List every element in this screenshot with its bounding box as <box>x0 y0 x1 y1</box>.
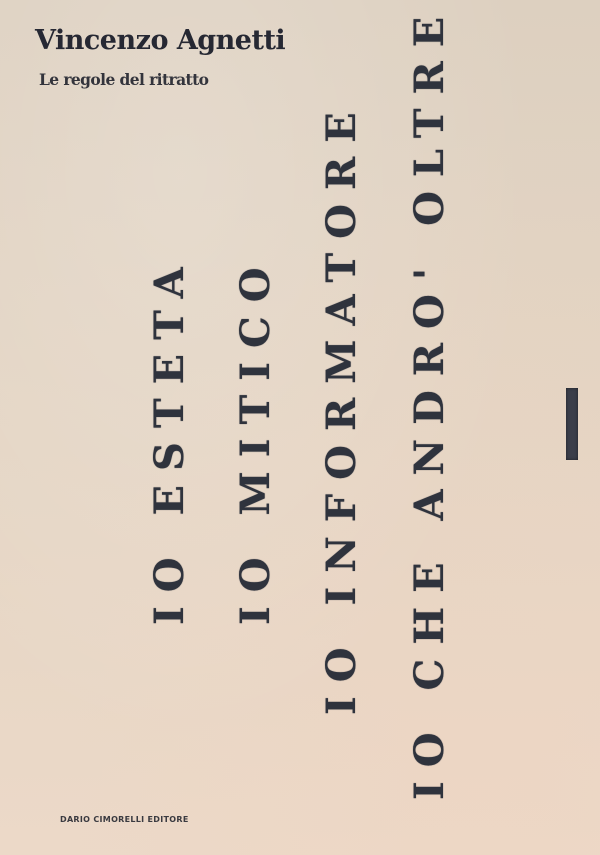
book-subtitle: Le regole del ritratto <box>39 70 208 89</box>
author-name: Vincenzo Agnetti <box>35 25 285 56</box>
stencil-line-io-esteta: IO ESTETA <box>150 253 190 625</box>
dark-bar-mark <box>566 388 578 460</box>
publisher-name: DARIO CIMORELLI EDITORE <box>60 815 189 824</box>
stencil-line-io-informatore: IO INFORMATORE <box>322 98 362 715</box>
stencil-line-io-che-andro-oltre: IO CHE ANDRO' OLTRE <box>410 3 450 800</box>
book-cover: Vincenzo Agnetti Le regole del ritratto … <box>0 0 600 855</box>
stencil-line-io-mitico: IO MITICO <box>236 253 276 625</box>
